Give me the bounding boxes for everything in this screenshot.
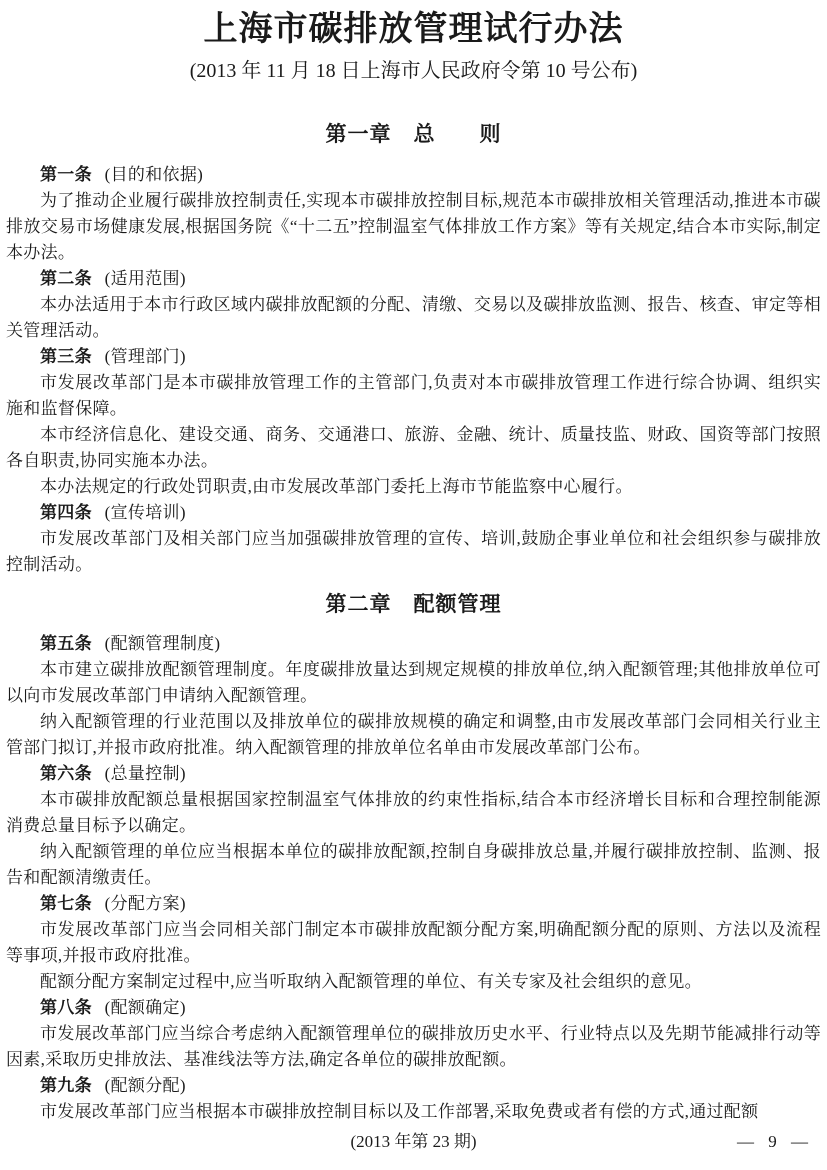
article-8-para-1: 市发展改革部门应当综合考虑纳入配额管理单位的碳排放历史水平、行业特点以及先期节能… bbox=[6, 1021, 821, 1073]
article-2-title: (适用范围) bbox=[105, 269, 186, 288]
article-4-para-1: 市发展改革部门及相关部门应当加强碳排放管理的宣传、培训,鼓励企事业单位和社会组织… bbox=[6, 526, 821, 578]
article-1-heading: 第一条(目的和依据) bbox=[6, 162, 821, 188]
chapter-2-heading: 第二章 配额管理 bbox=[6, 590, 821, 618]
article-8-title: (配额确定) bbox=[105, 998, 186, 1017]
article-4-title: (宣传培训) bbox=[105, 503, 186, 522]
article-6-para-2: 纳入配额管理的单位应当根据本单位的碳排放配额,控制自身碳排放总量,并履行碳排放控… bbox=[6, 839, 821, 891]
article-3-para-1: 市发展改革部门是本市碳排放管理工作的主管部门,负责对本市碳排放管理工作进行综合协… bbox=[6, 370, 821, 422]
article-4-heading: 第四条(宣传培训) bbox=[6, 500, 821, 526]
article-7-para-2: 配额分配方案制定过程中,应当听取纳入配额管理的单位、有关专家及社会组织的意见。 bbox=[6, 969, 821, 995]
article-5-number: 第五条 bbox=[40, 634, 92, 653]
article-4-number: 第四条 bbox=[40, 503, 92, 522]
document-page: 上海市碳排放管理试行办法 (2013 年 11 月 18 日上海市人民政府令第 … bbox=[0, 0, 827, 1170]
document-subtitle: (2013 年 11 月 18 日上海市人民政府令第 10 号公布) bbox=[6, 56, 821, 86]
article-5-para-2: 纳入配额管理的行业范围以及排放单位的碳排放规模的确定和调整,由市发展改革部门会同… bbox=[6, 709, 821, 761]
chapter-2-body: 第五条(配额管理制度) 本市建立碳排放配额管理制度。年度碳排放量达到规定规模的排… bbox=[6, 631, 821, 1125]
article-2-para-1: 本办法适用于本市行政区域内碳排放配额的分配、清缴、交易以及碳排放监测、报告、核查… bbox=[6, 292, 821, 344]
article-3-para-2: 本市经济信息化、建设交通、商务、交通港口、旅游、金融、统计、质量技监、财政、国资… bbox=[6, 422, 821, 474]
article-3-title: (管理部门) bbox=[105, 347, 186, 366]
article-3-number: 第三条 bbox=[40, 347, 92, 366]
chapter-1-body: 第一条(目的和依据) 为了推动企业履行碳排放控制责任,实现本市碳排放控制目标,规… bbox=[6, 162, 821, 578]
article-7-heading: 第七条(分配方案) bbox=[6, 891, 821, 917]
article-6-para-1: 本市碳排放配额总量根据国家控制温室气体排放的约束性指标,结合本市经济增长目标和合… bbox=[6, 787, 821, 839]
article-3-heading: 第三条(管理部门) bbox=[6, 344, 821, 370]
article-7-para-1: 市发展改革部门应当会同相关部门制定本市碳排放配额分配方案,明确配额分配的原则、方… bbox=[6, 917, 821, 969]
article-5-title: (配额管理制度) bbox=[105, 634, 221, 653]
document-title: 上海市碳排放管理试行办法 bbox=[6, 6, 821, 52]
article-9-para-1: 市发展改革部门应当根据本市碳排放控制目标以及工作部署,采取免费或者有偿的方式,通… bbox=[6, 1099, 821, 1125]
article-1-title: (目的和依据) bbox=[105, 165, 203, 184]
article-2-number: 第二条 bbox=[40, 269, 92, 288]
article-6-heading: 第六条(总量控制) bbox=[6, 761, 821, 787]
article-6-title: (总量控制) bbox=[105, 764, 186, 783]
article-9-heading: 第九条(配额分配) bbox=[6, 1073, 821, 1099]
article-8-heading: 第八条(配额确定) bbox=[6, 995, 821, 1021]
page-footer: (2013 年第 23 期) — 9 — bbox=[6, 1130, 821, 1154]
article-9-number: 第九条 bbox=[40, 1076, 92, 1095]
article-7-title: (分配方案) bbox=[105, 894, 186, 913]
article-9-title: (配额分配) bbox=[105, 1076, 186, 1095]
article-6-number: 第六条 bbox=[40, 764, 92, 783]
article-3-para-3: 本办法规定的行政处罚职责,由市发展改革部门委托上海市节能监察中心履行。 bbox=[6, 474, 821, 500]
article-1-number: 第一条 bbox=[40, 165, 92, 184]
footer-page-number: — 9 — bbox=[737, 1130, 809, 1154]
article-2-heading: 第二条(适用范围) bbox=[6, 266, 821, 292]
article-1-para-1: 为了推动企业履行碳排放控制责任,实现本市碳排放控制目标,规范本市碳排放相关管理活… bbox=[6, 188, 821, 266]
article-5-para-1: 本市建立碳排放配额管理制度。年度碳排放量达到规定规模的排放单位,纳入配额管理;其… bbox=[6, 657, 821, 709]
article-7-number: 第七条 bbox=[40, 894, 92, 913]
footer-issue-label: (2013 年第 23 期) bbox=[6, 1130, 821, 1154]
chapter-1-heading: 第一章 总 则 bbox=[6, 120, 821, 148]
article-5-heading: 第五条(配额管理制度) bbox=[6, 631, 821, 657]
article-8-number: 第八条 bbox=[40, 998, 92, 1017]
